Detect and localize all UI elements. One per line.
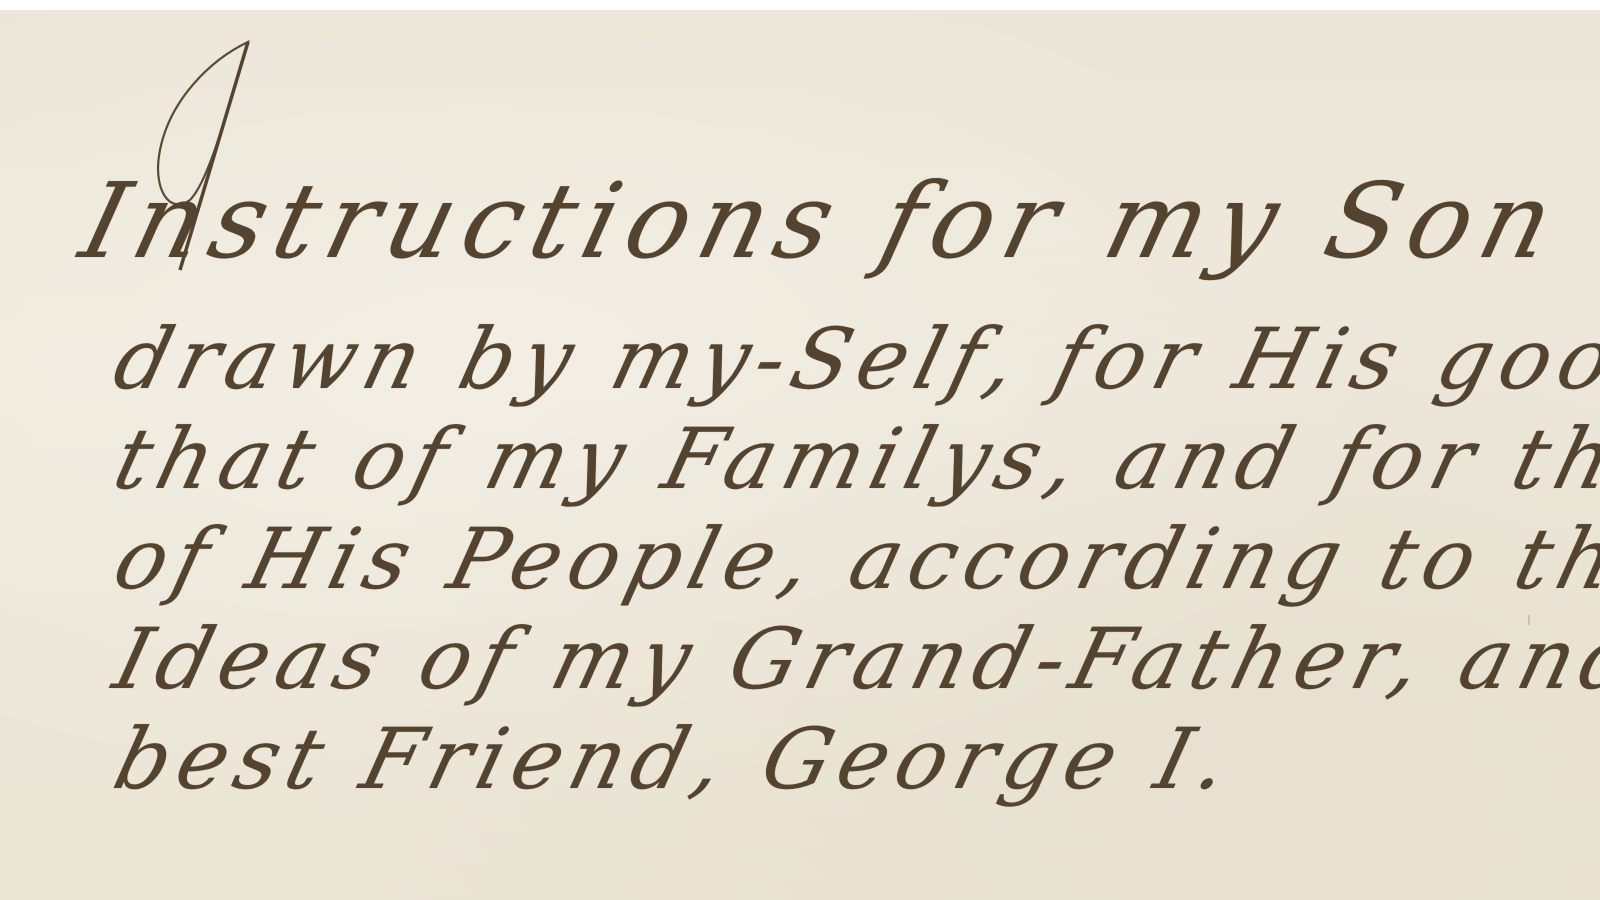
manuscript-line-2: drawn by my-Self, for His good,	[105, 310, 1600, 408]
manuscript-line-4: of His People, according to the	[105, 510, 1600, 608]
top-border	[0, 0, 1600, 10]
manuscript-page: Instructions for my Son George, drawn by…	[0, 10, 1600, 900]
paper-mark	[1528, 615, 1530, 625]
manuscript-line-3: that of my Familys, and for that	[105, 410, 1600, 508]
manuscript-line-5: Ideas of my Grand-Father, and	[105, 610, 1600, 708]
manuscript-line-1: Instructions for my Son George,	[70, 160, 1600, 282]
manuscript-line-6: best Friend, George I.	[105, 710, 1246, 808]
